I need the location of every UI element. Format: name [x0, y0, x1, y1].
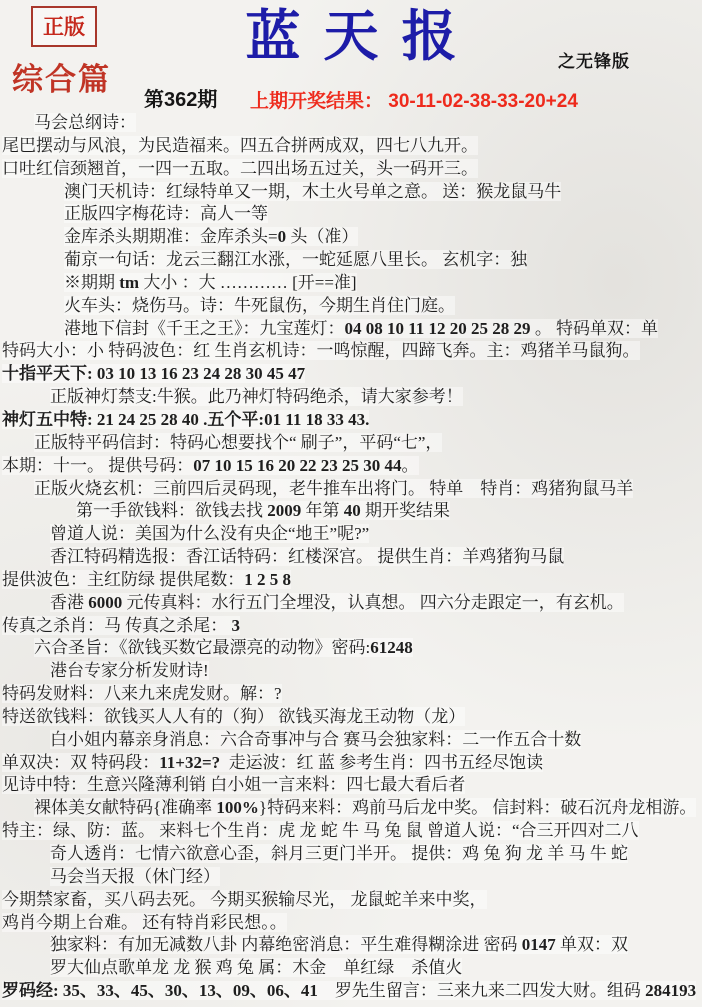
report-line: 正版火烧玄机：三前四后灵码现，老牛推车出将门。 特单 特肖：鸡猪狗鼠马羊: [0, 478, 702, 501]
report-line-segment: 金库杀头期期准：金库杀头=: [64, 227, 278, 246]
report-line: ※期期 tm 大小 ：大 ………… [开==准]: [0, 272, 702, 295]
report-line-segment: 葡京一句话：龙云三翻江水涨，一蛇延愿八里长。 玄机字：独: [64, 250, 527, 269]
report-line-segment: 六合圣旨：《欲钱买数它最漂亮的动物》密码:: [34, 638, 370, 657]
report-line: 澳门天机诗：红绿特单又一期，木土火号单之意。 送：猴龙鼠马牛: [0, 181, 702, 204]
report-line-segment: 特码大小：小 特码波色：红 生肖玄机诗：一鸣惊醒，四蹄飞奔。主：鸡猪羊马鼠狗。: [2, 341, 640, 360]
report-line: 提供波色：主红防绿 提供尾数：1 2 5 8: [0, 569, 702, 592]
report-line: 正版四字梅花诗：高人一等: [0, 203, 702, 226]
report-line: 特主：绿、防：蓝。 来料七个生肖：虎 龙 蛇 牛 马 兔 鼠 曾道人说：“合三开…: [0, 820, 702, 843]
report-line-segment: 单双决：双 特码段：: [2, 753, 159, 772]
report-line-segment: 罗先生留言：三来九来二四发大财。组码: [318, 981, 645, 1000]
report-line: 罗大仙点歌单龙 龙 猴 鸡 兔 属：木金 单红绿 杀值火: [0, 957, 702, 980]
report-line-segment: 特码发财料：八来九来虎发财。解：?: [2, 684, 282, 703]
report-line-segment: 年第: [301, 501, 344, 520]
report-line-segment: 期开奖结果: [361, 501, 450, 520]
report-line-segment: ※期期: [64, 273, 119, 292]
report-line-segment: 40: [344, 501, 361, 520]
report-line-segment: 284193: [645, 981, 696, 1000]
report-line-segment: 罗码经: 35、33、45、30、13、09、06、41: [2, 981, 318, 1000]
section-title: 综合篇: [12, 54, 111, 99]
report-line-segment: 鸡肖今期上台难。 还有特肖彩民想。。: [2, 913, 287, 932]
report-line-segment: 04 08 10 11 12 20 25 28 29: [345, 319, 531, 338]
report-line: 香江特码精选报：香江话特码：红楼深宫。 提供生肖：羊鸡猪狗马鼠: [0, 546, 702, 569]
report-line-segment: 火车头：烧伤马。诗：牛死鼠伤，今期生肖住门庭。: [64, 296, 455, 315]
report-line: 鸡肖今期上台难。 还有特肖彩民想。。: [0, 912, 702, 935]
report-line-segment: 1 2 5 8: [244, 570, 291, 589]
report-line-segment: 元传真料：水行五门全埋没，认真想。 四六分走跟定一，有玄机。: [122, 593, 624, 612]
report-line: 今期禁家畜，买八码去死。 今期买猴输尽光， 龙鼠蛇羊来中奖，: [0, 889, 702, 912]
report-line: 正版神灯禁支:牛猴。此乃神灯特码绝杀，请大家参考！: [0, 386, 702, 409]
report-line: 见诗中特：生意兴隆薄利销 白小姐一言来料：四七最大看后者: [0, 774, 702, 797]
report-line-segment: 马会总纲诗：: [34, 113, 136, 132]
report-line-segment: 马会当天报（休门经）: [50, 867, 220, 886]
report-line-segment: 正版特平码信封：特码心想要找个“ 刷子”，平码“七”，: [34, 433, 442, 452]
report-line-segment: 正版火烧玄机：三前四后灵码现，老牛推车出将门。 特单 特肖：鸡猪狗鼠马羊: [34, 479, 633, 498]
report-line-segment: 口吐红信颈翘首，一四一五取。二四出场五过关，头一码开三。: [2, 159, 478, 178]
report-line-segment: 61248: [370, 638, 413, 657]
report-line: 口吐红信颈翘首，一四一五取。二四出场五过关，头一码开三。: [0, 158, 702, 181]
report-line: 金库杀头期期准：金库杀头=0 头（准）: [0, 226, 702, 249]
report-line-segment: 本期：十一。 提供号码：: [2, 456, 193, 475]
report-line-segment: 2009: [267, 501, 301, 520]
report-line-segment: 见诗中特：生意兴隆薄利销 白小姐一言来料：四七最大看后者: [2, 775, 465, 794]
report-line: 曾道人说：美国为什么没有央企“地王”呢?”: [0, 523, 702, 546]
report-line-segment: 07 10 15 16 20 22 23 25 30 44: [193, 456, 401, 475]
report-line: 神灯五中特: 21 24 25 28 40 .五个平:01 11 18 33 4…: [0, 409, 702, 432]
report-line-segment: 裸体美女献特码{准确率: [34, 798, 216, 817]
report-line-segment: 100%: [216, 798, 259, 817]
report-line-segment: 头（准）: [286, 227, 358, 246]
report-line-segment: 港台专家分析发财诗!: [50, 661, 209, 680]
report-line: 裸体美女献特码{准确率 100%}特码来料：鸡前马后龙中奖。 信封料：破石沉舟龙…: [0, 797, 702, 820]
report-line-segment: 白小姐内幕亲身消息：六合奇事冲与合 赛马会独家料：二一作五合十数: [50, 730, 581, 749]
report-line-segment: 澳门天机诗：红绿特单又一期，木土火号单之意。 送：猴龙鼠马牛: [64, 182, 561, 201]
issue-number: 第362期: [144, 83, 217, 112]
report-line: 火车头：烧伤马。诗：牛死鼠伤，今期生肖住门庭。: [0, 295, 702, 318]
report-line-segment: tm: [119, 273, 139, 292]
report-line-segment: 今期禁家畜，买八码去死。 今期买猴输尽光， 龙鼠蛇羊来中奖，: [2, 890, 487, 909]
report-line-segment: 正版四字梅花诗：高人一等: [64, 204, 268, 223]
report-line-segment: 大小 ：大 ………… [开==准]: [139, 273, 357, 292]
report-line-segment: }特码来料：鸡前马后龙中奖。 信封料：破石沉舟龙相游。: [259, 798, 696, 817]
report-line-segment: 。: [402, 456, 419, 475]
report-line: 特码大小：小 特码波色：红 生肖玄机诗：一鸣惊醒，四蹄飞奔。主：鸡猪羊马鼠狗。: [0, 340, 702, 363]
report-line: 葡京一句话：龙云三翻江水涨，一蛇延愿八里长。 玄机字：独: [0, 249, 702, 272]
report-line-segment: 0: [278, 227, 287, 246]
report-line: 港地下信封《千王之王》：九宝莲灯：04 08 10 11 12 20 25 28…: [0, 318, 702, 341]
report-line: 香港 6000 元传真料：水行五门全埋没，认真想。 四六分走跟定一，有玄机。: [0, 592, 702, 615]
report-line-segment: 3: [227, 616, 240, 635]
last-draw-result-numbers: 30-11-02-38-33-20+24: [388, 91, 578, 112]
report-line-segment: 独家料：有加无减数八卦 内幕绝密消息：平生难得糊涂进 密码: [50, 935, 522, 954]
report-line: 奇人透肖：七情六欲意心歪，斜月三更门半开。 提供：鸡 兔 狗 龙 羊 马 牛 蛇: [0, 843, 702, 866]
report-line-segment: 神灯五中特: 21 24 25 28 40 .五个平:01 11 18 33 4…: [2, 410, 369, 429]
report-line: 尾巴摆动与风浪，为民造福来。四五合拼两成双，四七八九开。: [0, 135, 702, 158]
report-line-segment: 特送欲钱料：欲钱买人人有的（狗） 欲钱买海龙王动物（龙）: [2, 707, 465, 726]
report-line-segment: 。 特码单双：单: [531, 319, 659, 338]
report-line: 特码发财料：八来九来虎发财。解：?: [0, 683, 702, 706]
report-line-segment: 第一手欲钱料：欲钱去找: [76, 501, 267, 520]
report-line: 本期：十一。 提供号码：07 10 15 16 20 22 23 25 30 4…: [0, 455, 702, 478]
report-line-segment: 11+32=?: [159, 753, 220, 772]
edition-label: 之无锋版: [558, 47, 630, 72]
report-line-segment: 6000: [88, 593, 122, 612]
report-line: 马会当天报（休门经）: [0, 866, 702, 889]
report-line: 十指平天下: 03 10 13 16 23 24 28 30 45 47: [0, 363, 702, 386]
report-line-segment: 单双：双: [556, 935, 628, 954]
report-line: 特送欲钱料：欲钱买人人有的（狗） 欲钱买海龙王动物（龙）: [0, 706, 702, 729]
report-line-segment: 奇人透肖：七情六欲意心歪，斜月三更门半开。 提供：鸡 兔 狗 龙 羊 马 牛 蛇: [50, 844, 628, 863]
report-line-segment: 0147: [522, 935, 556, 954]
report-line: 正版特平码信封：特码心想要找个“ 刷子”，平码“七”，: [0, 432, 702, 455]
report-line-segment: 尾巴摆动与风浪，为民造福来。四五合拼两成双，四七八九开。: [2, 136, 478, 155]
last-draw-result: 上期开奖结果： 30-11-02-38-33-20+24: [250, 86, 578, 113]
report-line: 单双决：双 特码段：11+32=? 走运波：红 蓝 参考生肖：四书五经尽饱读: [0, 752, 702, 775]
report-line-segment: 特主：绿、防：蓝。 来料七个生肖：虎 龙 蛇 牛 马 兔 鼠 曾道人说：“合三开…: [2, 821, 639, 840]
report-line-segment: 正版神灯禁支:牛猴。此乃神灯特码绝杀，请大家参考！: [50, 387, 463, 406]
report-line: 传真之杀肖：马 传真之杀尾： 3: [0, 615, 702, 638]
report-line: 六合圣旨：《欲钱买数它最漂亮的动物》密码:61248: [0, 637, 702, 660]
scanned-lottery-sheet: { "colors": { "title_blue": "#1d1ca8", "…: [0, 0, 702, 1007]
report-body: 马会总纲诗：尾巴摆动与风浪，为民造福来。四五合拼两成双，四七八九开。口吐红信颈翘…: [0, 112, 702, 1003]
report-line-segment: 十指平天下: 03 10 13 16 23 24 28 30 45 47: [2, 364, 305, 383]
report-line-segment: 罗大仙点歌单龙 龙 猴 鸡 兔 属：木金 单红绿 杀值火: [50, 958, 462, 977]
report-line: 白小姐内幕亲身消息：六合奇事冲与合 赛马会独家料：二一作五合十数: [0, 729, 702, 752]
report-line-segment: 香江特码精选报：香江话特码：红楼深宫。 提供生肖：羊鸡猪狗马鼠: [50, 547, 564, 566]
report-header: 正版 蓝天报 之无锋版 综合篇 第362期 上期开奖结果： 30-11-02-3…: [0, 0, 702, 112]
report-line-segment: 港地下信封《千王之王》：九宝莲灯：: [64, 319, 345, 338]
report-line-segment: 走运波：红 蓝 参考生肖：四书五经尽饱读: [220, 753, 543, 772]
report-line-segment: 提供波色：主红防绿 提供尾数：: [2, 570, 244, 589]
report-line: 港台专家分析发财诗!: [0, 660, 702, 683]
report-line: 马会总纲诗：: [0, 112, 702, 135]
report-line: 第一手欲钱料：欲钱去找 2009 年第 40 期开奖结果: [0, 500, 702, 523]
report-line-segment: 曾道人说：美国为什么没有央企“地王”呢?”: [50, 524, 369, 543]
report-line: 罗码经: 35、33、45、30、13、09、06、41 罗先生留言：三来九来二…: [0, 980, 702, 1003]
report-line: 独家料：有加无减数八卦 内幕绝密消息：平生难得糊涂进 密码 0147 单双：双: [0, 934, 702, 957]
report-line-segment: 香港: [50, 593, 88, 612]
report-line-segment: 传真之杀肖：马 传真之杀尾：: [2, 616, 227, 635]
last-draw-result-label: 上期开奖结果：: [250, 91, 383, 112]
